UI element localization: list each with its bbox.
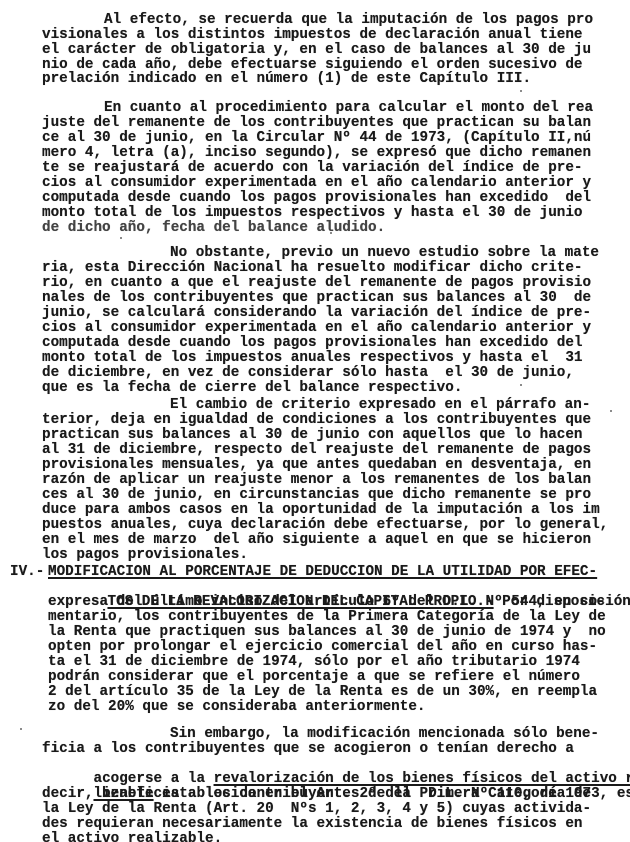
text-line: expresa del último inciso del artículo 6… [48, 595, 606, 610]
text-line: rio, en cuanto a que el reajuste del rem… [42, 276, 591, 291]
text-line: la Renta que practiquen sus balances al … [48, 625, 606, 640]
text-line: provisionales mensuales, ya que antes qu… [42, 458, 591, 473]
text-line: lizable establecida en el Art. 2º del D.… [42, 772, 630, 787]
text-line: computada desde cuando los pagos provisi… [42, 336, 583, 351]
text-line: cios al consumidor experimentada en el a… [42, 176, 591, 191]
text-line: visionales a los distintos impuestos de … [42, 28, 583, 43]
text-line: cios al consumidor experimentada en el a… [42, 321, 591, 336]
text-line: zo del 20% que se consideraba anteriorme… [48, 700, 426, 715]
section-number: IV.- [10, 565, 44, 580]
text-line: practican sus balances al 30 de junio co… [42, 428, 583, 443]
text-line: mero 4, letra (a), inciso segundo), se e… [42, 146, 591, 161]
scan-speck [520, 90, 522, 92]
text-line: prelación indicado en el número (1) de e… [42, 72, 531, 87]
text-line: ta el 31 de diciembre de 1974, sólo por … [48, 655, 580, 670]
text-line: razón de aplicar un reajuste menor a los… [42, 473, 591, 488]
text-line: terior, deja en igualdad de condiciones … [42, 413, 591, 428]
section-heading-continuation: TOS DE LA REVALORIZACION DEL CAPITAL PRO… [56, 580, 630, 595]
text-line: En cuanto al procedimiento para calcular… [104, 101, 593, 116]
text-line: monto total de los impuestos respectivos… [42, 206, 583, 221]
text-line: computada desde cuando los pagos provisi… [42, 191, 591, 206]
text-line: en el mes de marzo del año siguiente a a… [42, 533, 591, 548]
text-line: la Ley de la Renta (Art. 20 Nºs 1, 2, 3,… [42, 802, 591, 817]
text-line: duce para ambos casos en la oportunidad … [42, 503, 600, 518]
text-line: Al efecto, se recuerda que la imputación… [104, 13, 593, 28]
text-line: el carácter de obligatoria y, en el caso… [42, 43, 591, 58]
scan-speck [20, 728, 22, 730]
text-line: nales de los contribuyentes que practica… [42, 291, 591, 306]
text-line: de diciembre, en vez de considerar sólo … [42, 366, 574, 381]
text-line: junio, se calculará considerando la vari… [42, 306, 591, 321]
text-line: ce al 30 de junio, en la Circular Nº 44 … [42, 131, 591, 146]
text-line: podrán considerar que el porcentaje a qu… [48, 670, 580, 685]
text-line: opten por prolongar el ejercicio comerci… [48, 640, 597, 655]
text-line: monto total de los impuestos anuales res… [42, 351, 583, 366]
scan-speck [330, 232, 332, 234]
text-line: No obstante, previo un nuevo estudio sob… [170, 246, 599, 261]
text-line: juste del remanente de los contribuyente… [42, 116, 591, 131]
text-line: Sin embargo, la modificación mencionada … [170, 727, 599, 742]
scan-speck [610, 410, 612, 412]
text-line: mentario, los contribuyentes de la Prime… [48, 610, 606, 625]
text-line: puestos anuales, cuya declaración debe e… [42, 518, 608, 533]
text-line: al 31 de diciembre, respecto del reajust… [42, 443, 591, 458]
text-line: ficia a los contribuyentes que se acogie… [42, 742, 574, 757]
text-line: acogerse a la revalorización de los bien… [42, 757, 630, 772]
scan-speck [120, 237, 122, 239]
text-line: des requieran necesariamente la existenc… [42, 817, 583, 832]
typewritten-document-page: Al efecto, se recuerda que la imputación… [0, 0, 630, 842]
text-line: ces al 30 de junio, en circunstancias qu… [42, 488, 591, 503]
section-heading: MODIFICACION AL PORCENTAJE DE DEDUCCION … [48, 565, 597, 580]
text-line: los pagos provisionales. [42, 548, 248, 563]
text-line: el activo realizable. [42, 832, 222, 842]
text-line: ria, esta Dirección Nacional ha resuelto… [42, 261, 583, 276]
text-line: El cambio de criterio expresado en el pá… [170, 398, 590, 413]
text-line: que es la fecha de cierre del balance re… [42, 381, 462, 396]
text-line: 2 del artículo 35 de la Ley de la Renta … [48, 685, 597, 700]
text-line: te se reajustará de acuerdo con la varia… [42, 161, 583, 176]
text-line: decir, beneficia a los contribuyentes de… [42, 787, 591, 802]
scan-speck [520, 384, 522, 386]
text-line: de dicho año, fecha del balance aludido. [42, 221, 385, 236]
